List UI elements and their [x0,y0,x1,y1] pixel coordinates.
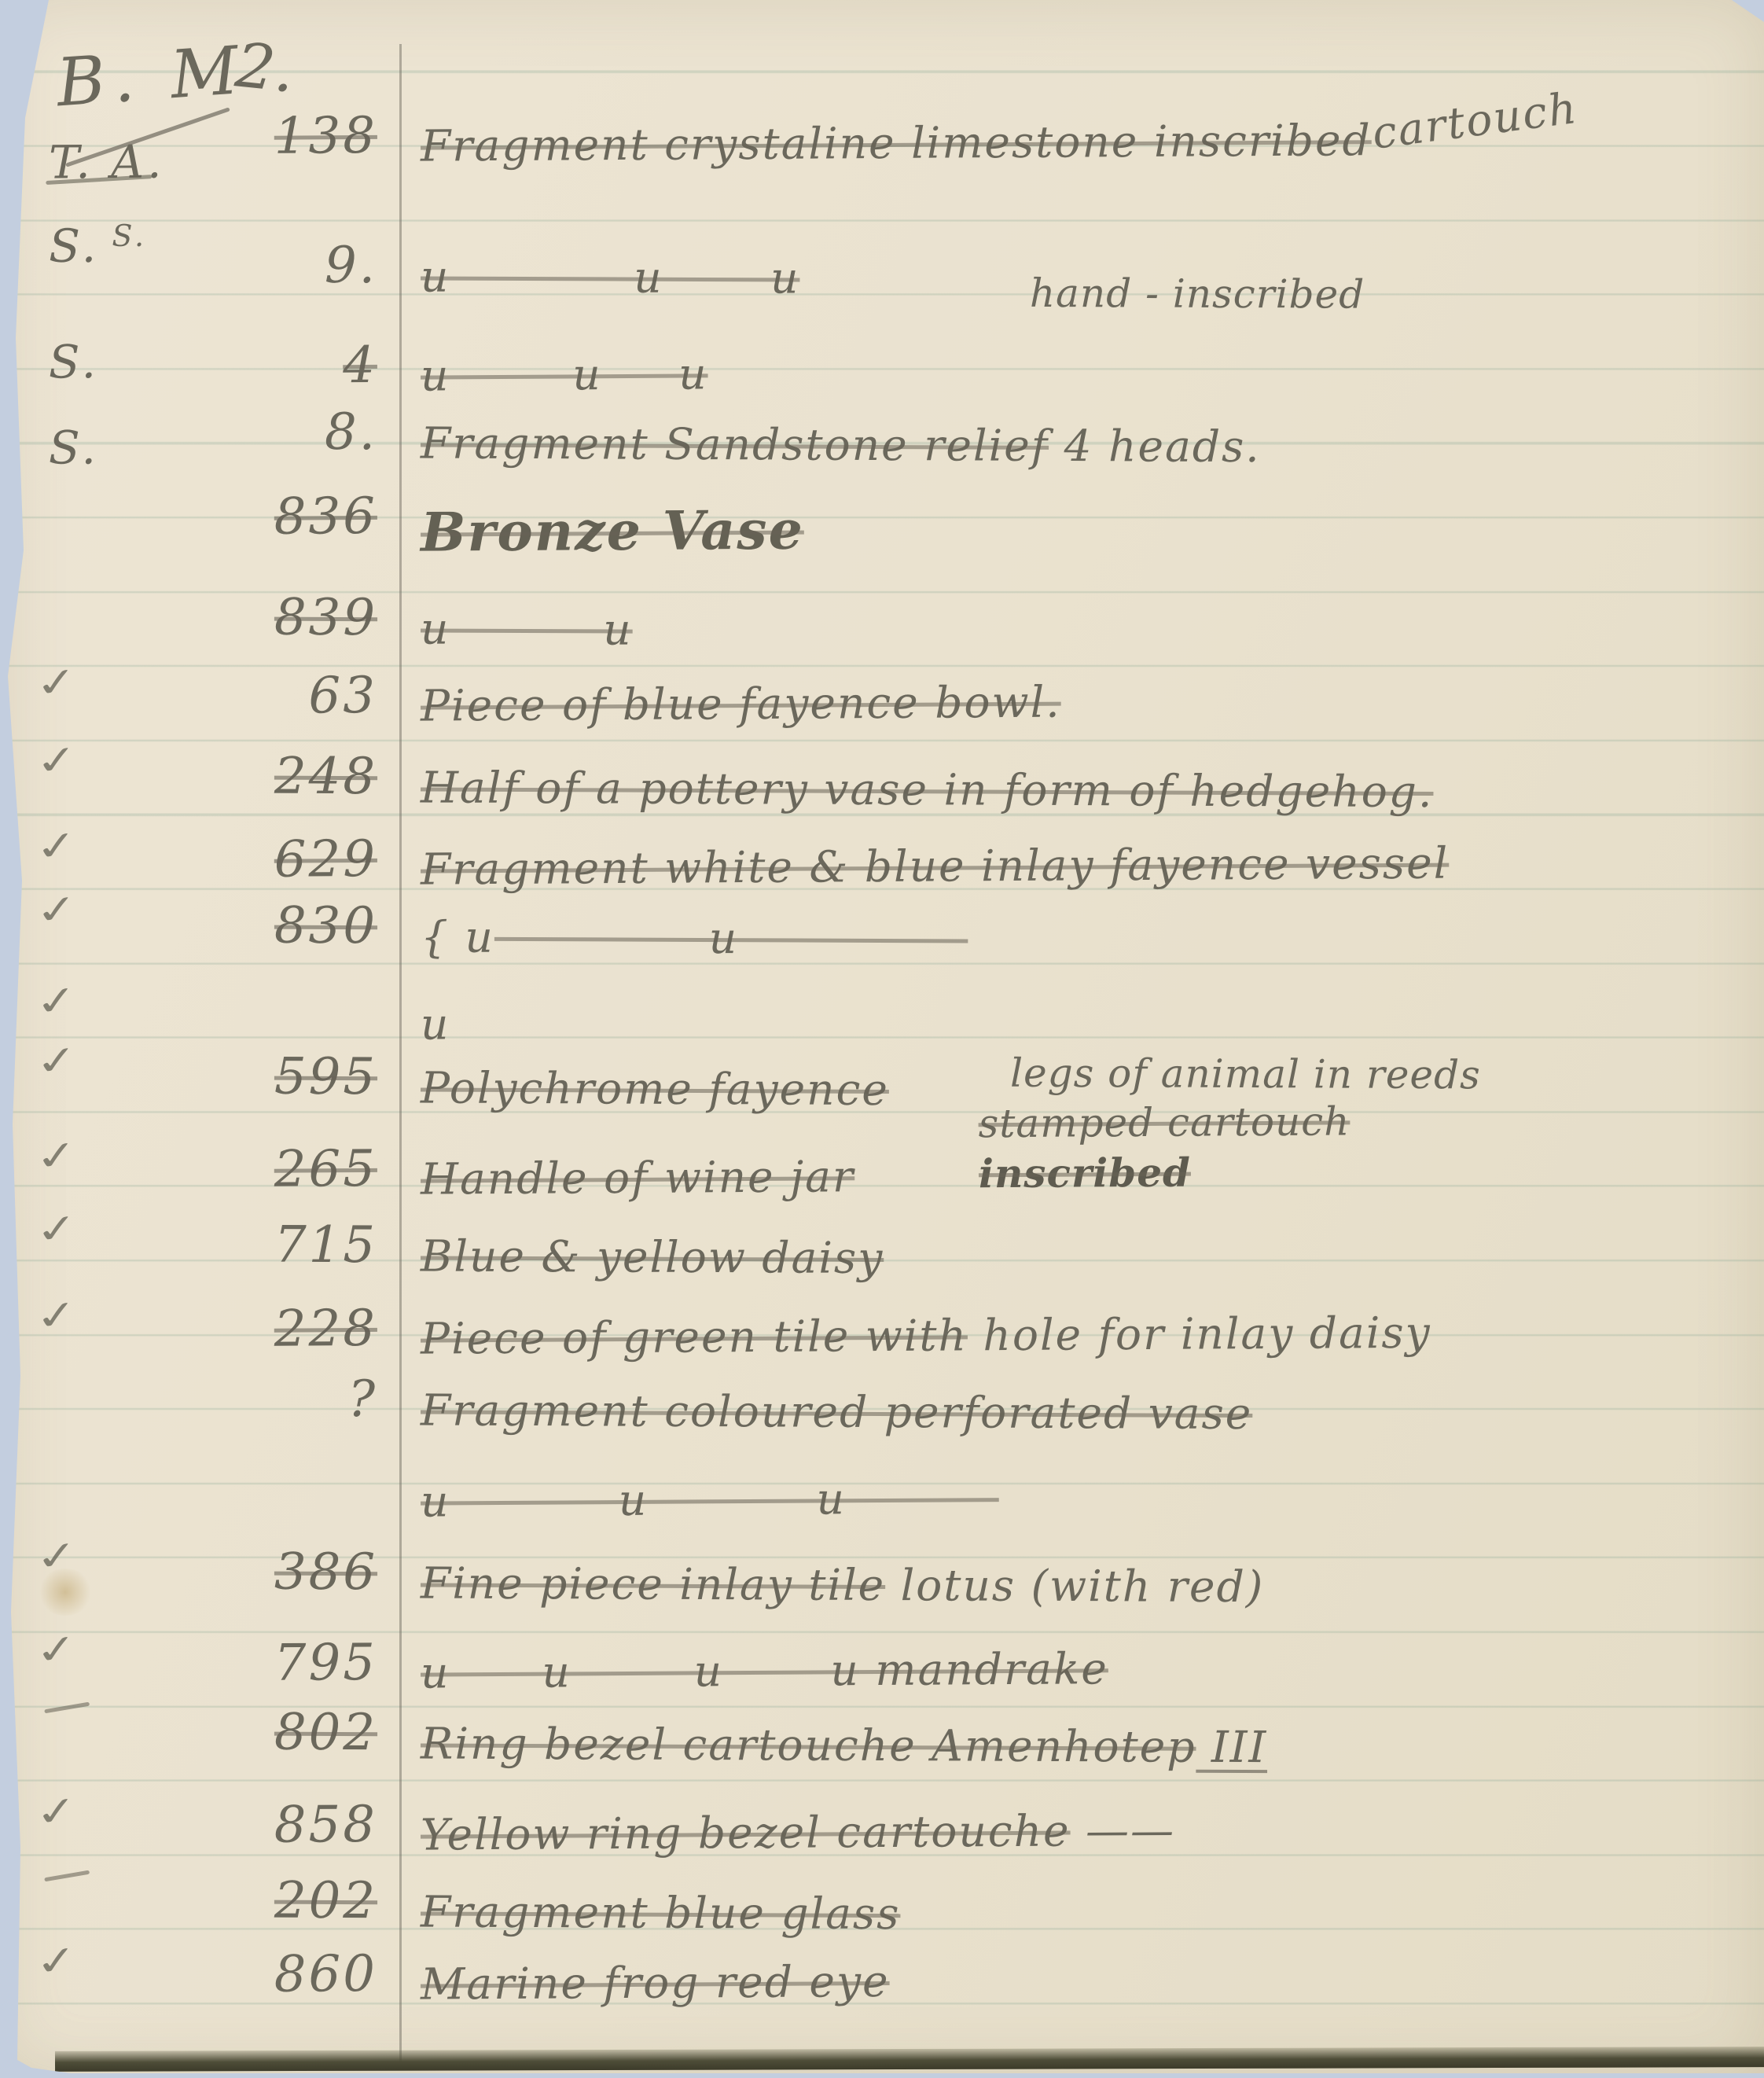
ledger-row: 836Bronze Vase [0,476,1764,573]
item-number: 795 [110,1634,377,1694]
ledger-row: ?Fragment coloured perforated vase [0,1366,1764,1460]
ledger-row: S. S.9.u u uhand - inscribed [0,232,1764,326]
description-segment: lotus (with red) [885,1560,1264,1612]
item-number: 202 [110,1871,377,1930]
ledger-paper: B. M 2. T. A.138Fragment crystaline lime… [0,0,1764,2073]
item-description: Half of a pottery vase in form of hedgeh… [421,762,1753,818]
annotation-line: inscribed [979,1146,1351,1199]
item-number: 265 [110,1140,377,1200]
checkmark-icon: ✓ [32,658,81,708]
description-segment: Piece of green tile with [421,1310,968,1363]
description-segment: Half of a pottery vase in form of hedgeh… [421,762,1434,817]
dash-mark-icon [44,1870,90,1882]
description-segment: Marine frog red eye [421,1956,890,2010]
description-segment: Fragment coloured perforated vase [421,1385,1253,1439]
item-number: 858 [110,1796,377,1855]
item-description: Blue & yellow daisy [421,1230,1753,1286]
item-description: Fragment coloured perforated vase [421,1385,1753,1440]
description-segment: Fragment crystaline limestone inscribed [421,115,1372,171]
item-number: 248 [110,747,377,806]
checkmark-icon: ✓ [33,736,81,785]
checkmark-icon: ✓ [32,1131,81,1181]
item-description: Bronze Vase [421,493,1753,564]
checkmark-icon: ✓ [32,1936,81,1986]
annotation-note: legs of animal in reeds [1010,1048,1481,1101]
checkmark-icon: ✓ [32,822,81,871]
description-segment: hole for inlay daisy [968,1307,1431,1361]
ledger-row: ✓595Polychrome fayencelegs of animal in … [0,1043,1764,1138]
margin-label: S. [49,421,99,474]
description-segment: u u u [421,348,708,400]
annotation-line: stamped cartouch [978,1096,1350,1149]
item-description: Ring bezel cartouche Amenhotep III [421,1718,1753,1774]
ledger-row: 802Ring bezel cartouche Amenhotep III [0,1699,1764,1793]
item-description: Fine piece inlay tile lotus (with red) [421,1558,1753,1613]
item-number: 836 [110,487,377,547]
checkmark-icon: ✓ [33,885,81,935]
ledger-row: ✓858Yellow ring bezel cartouche —— [0,1784,1764,1881]
description-segment: Fragment Sandstone relief [421,417,1049,470]
description-segment: u u u [421,1473,999,1526]
description-segment: Fragment blue glass [421,1886,901,1939]
item-number: ? [110,1370,377,1429]
dash-mark-icon [44,1702,90,1714]
ledger-row: ✓63Piece of blue fayence bowl. [0,655,1764,752]
ledger-row: ✓830{ u u [0,892,1764,987]
scanned-ledger-page: B. M 2. T. A.138Fragment crystaline lime… [0,0,1764,2078]
description-segment: —— [1070,1805,1175,1856]
description-segment: Fragment white & blue inlay fayence vess… [421,838,1450,895]
item-number: 63 [110,667,377,726]
ledger-row: u u u [0,1451,1764,1548]
checkmark-icon: ✓ [33,1036,81,1086]
description-segment: u [494,912,968,965]
checkmark-icon: ✓ [32,1291,81,1341]
description-segment: u u u [421,251,800,303]
item-description: u u u u mandrake [421,1639,1753,1697]
item-description: Marine frog red eye [421,1951,1753,2009]
ledger-row: ✓386Fine piece inlay tile lotus (with re… [0,1539,1764,1633]
item-number: 839 [110,588,377,647]
item-number: 830 [110,896,377,955]
margin-label: S. [49,335,100,388]
item-description: Fragment white & blue inlay fayence vess… [421,836,1753,894]
description-segment: u u [421,603,633,654]
checkmark-icon: ✓ [33,1532,81,1581]
item-number: 8. [110,403,377,462]
description-segment: u u u u [421,1645,860,1697]
description-segment: Handle of wine jar [421,1151,855,1204]
item-number: 9. [110,236,377,295]
checkmark-icon: ✓ [32,976,81,1026]
description-segment: Ring bezel cartouche Amenhotep [421,1718,1196,1771]
item-number: 860 [110,1945,377,2005]
description-segment: III [1196,1722,1267,1772]
description-segment: Blue & yellow daisy [421,1230,884,1283]
description-segment: Fine piece inlay tile [421,1558,885,1610]
item-number: 138 [110,107,377,167]
item-description: Fragment crystaline limestone inscribed … [421,112,1753,171]
item-number: 715 [110,1216,377,1274]
annotation-note: hand - inscribed [1030,268,1365,320]
description-segment: Piece of blue fayence bowl. [421,677,1061,731]
ledger-row: T. A.138Fragment crystaline limestone in… [0,95,1764,193]
annotation-note: stamped cartouchinscribed [978,1096,1351,1199]
item-description: Piece of blue fayence bowl. [421,672,1753,730]
checkmark-icon: ✓ [33,1205,81,1254]
item-number: 629 [110,830,377,890]
description-segment: { u [421,911,494,962]
item-number: 595 [110,1047,377,1106]
item-description: Fragment Sandstone relief 4 heads. [421,417,1753,473]
description-segment: Bronze Vase [421,499,804,565]
item-number: 4 [110,337,377,396]
description-segment: mandrake [860,1643,1108,1695]
ledger-row: ✓860Marine frog red eye [0,1933,1764,2031]
item-description: u u u [421,342,1753,400]
page-number: 2. [233,30,298,106]
item-description: u u u [421,1468,1753,1526]
checkmark-icon: ✓ [32,1787,81,1837]
description-segment: Yellow ring bezel cartouche [421,1806,1071,1860]
item-number: 386 [110,1543,377,1602]
item-description: u u [421,603,1753,659]
item-description: Piece of green tile with hole for inlay … [421,1305,1753,1363]
checkmark-icon: ✓ [32,1625,81,1675]
item-description: u [421,991,1753,1049]
item-description: Yellow ring bezel cartouche —— [421,1801,1753,1859]
annotation-line: hand - inscribed [1030,268,1365,320]
item-number: 228 [110,1300,377,1359]
description-segment: Polychrome fayence [421,1062,889,1115]
item-description: { u u [421,911,1753,967]
ledger-row: ✓265Handle of wine jarstamped cartouchin… [0,1128,1764,1226]
item-number: 802 [110,1703,377,1762]
annotation-line: legs of animal in reeds [1010,1048,1481,1101]
description-segment: 4 heads. [1049,421,1261,472]
description-segment: u [421,999,450,1049]
